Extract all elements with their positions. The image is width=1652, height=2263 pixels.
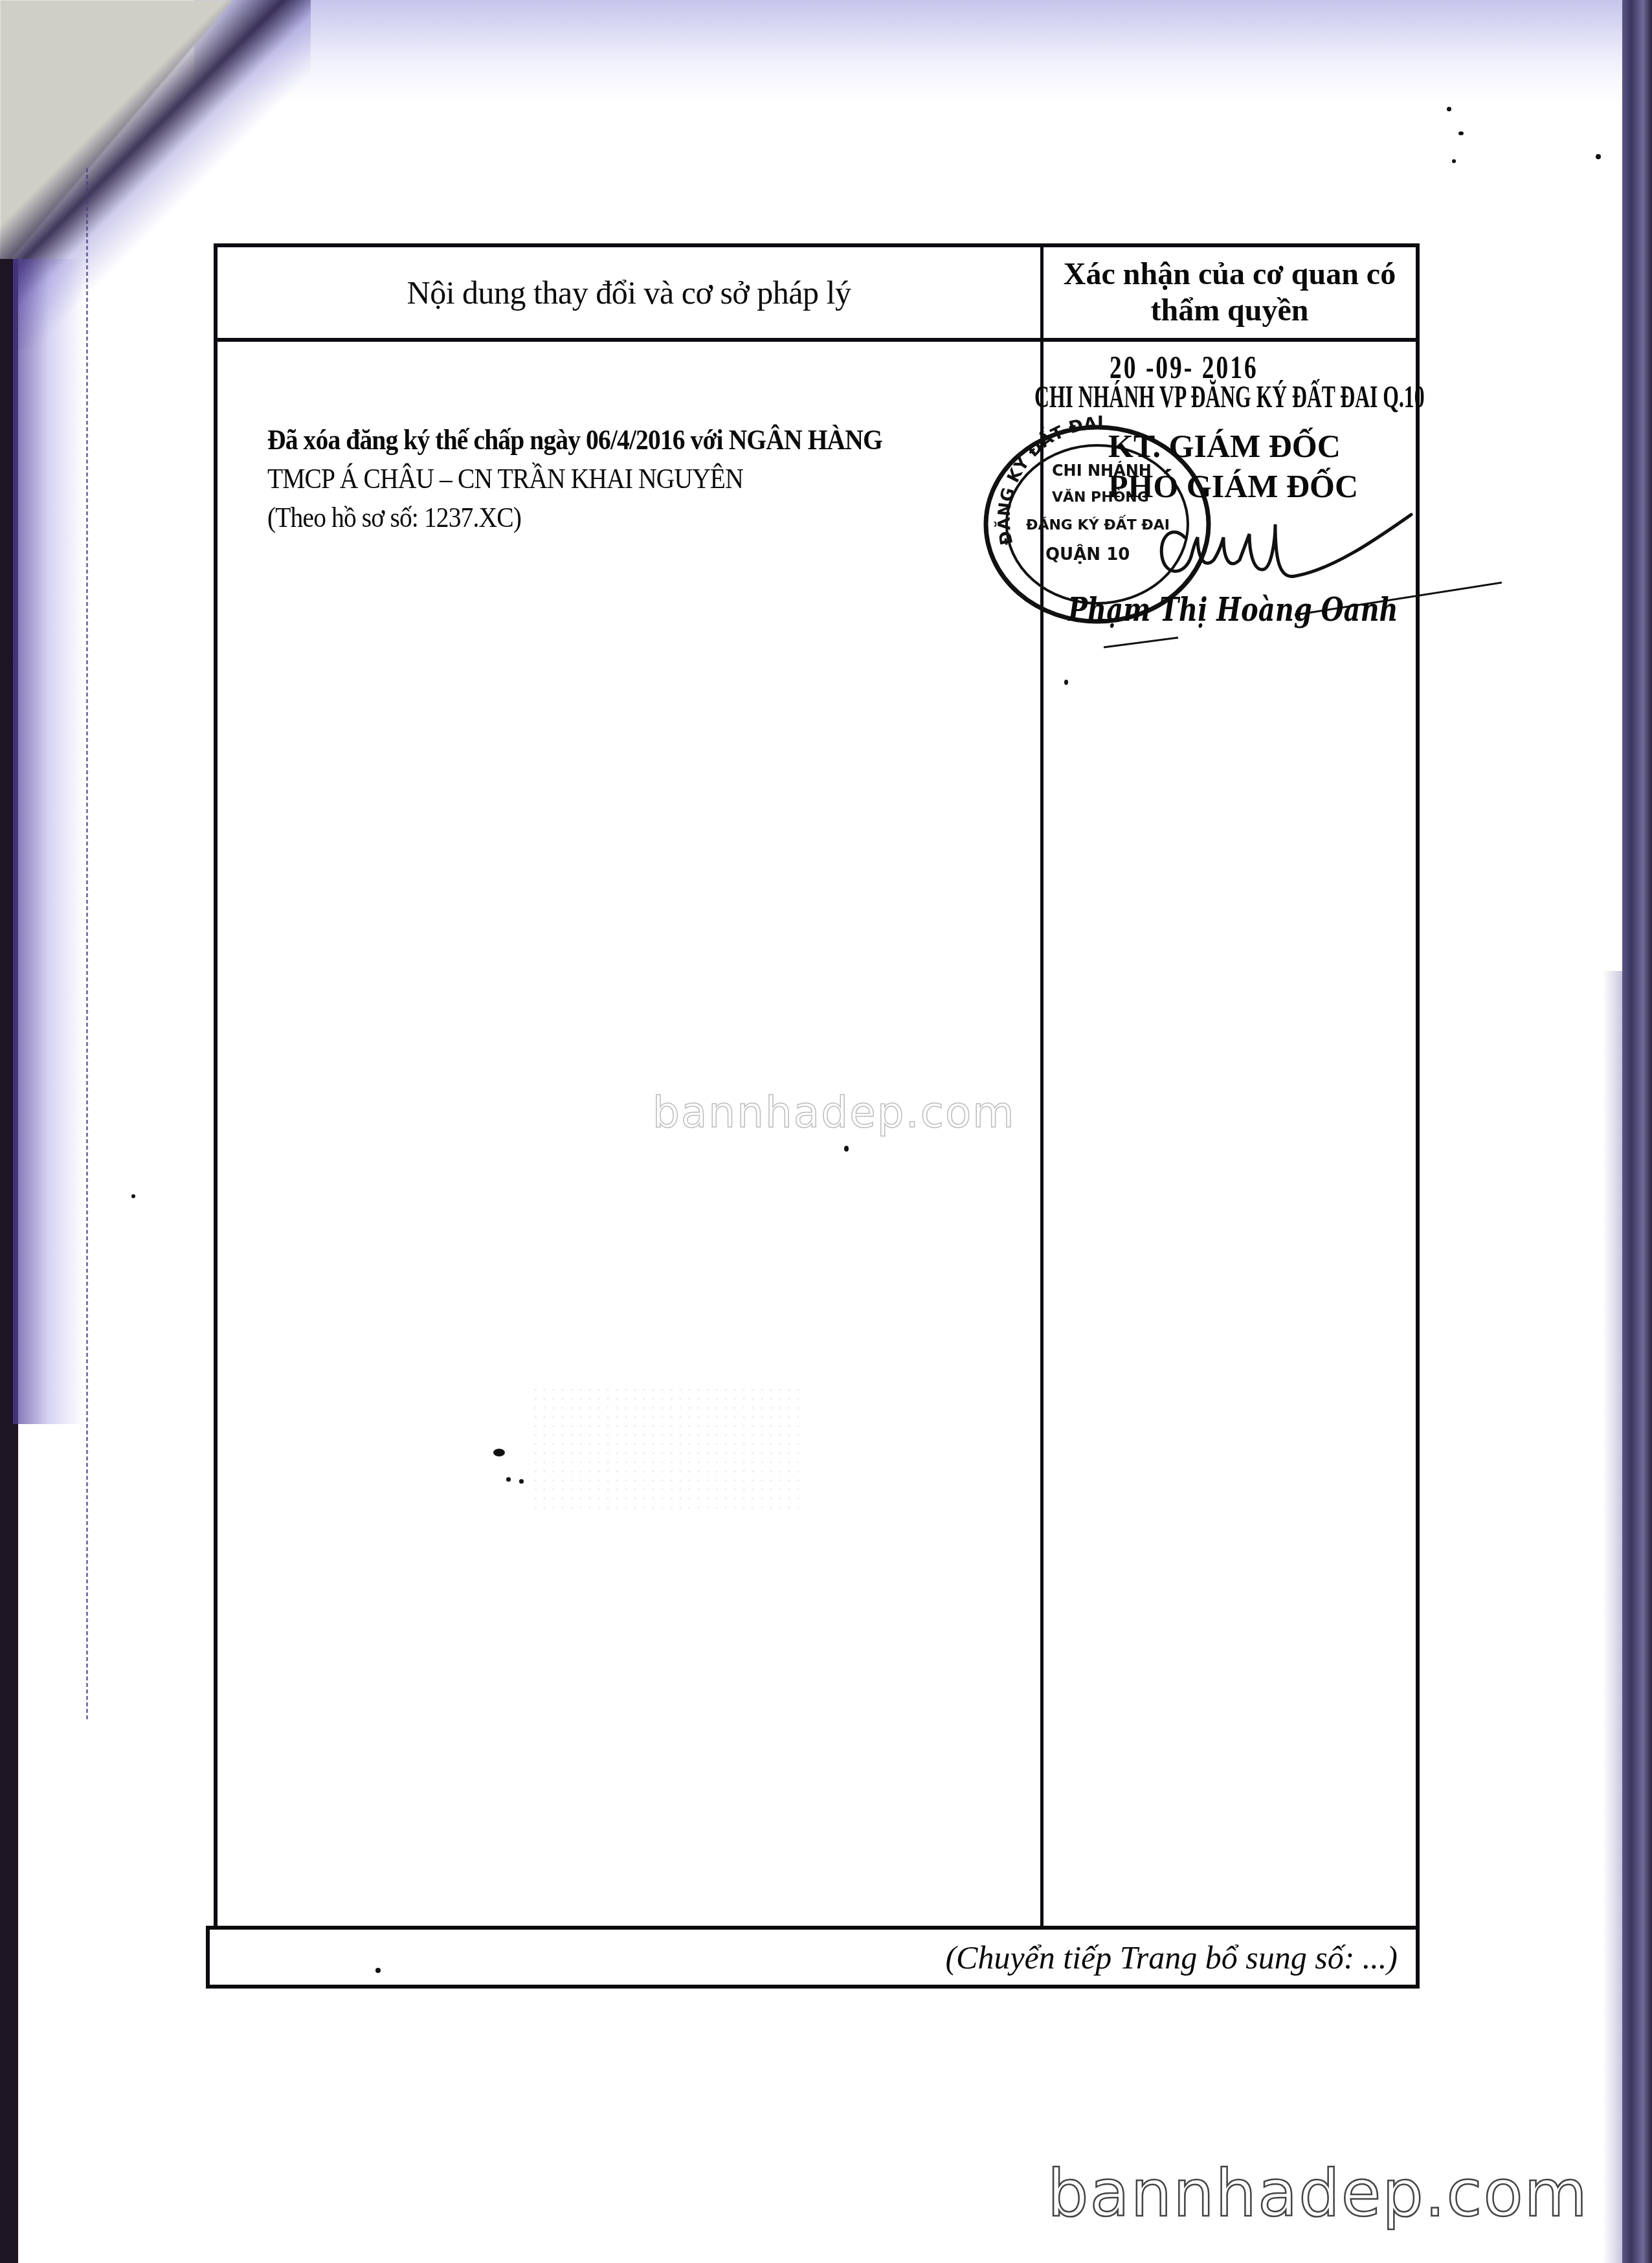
issuing-office: CHI NHÁNH VP ĐĂNG KÝ ĐẤT ĐAI Q.10 bbox=[1034, 379, 1425, 415]
column-header-confirmation: Xác nhận của cơ quan có thẩm quyền bbox=[1044, 247, 1416, 338]
column-header-changes: Nội dung thay đổi và cơ sở pháp lý bbox=[218, 247, 1040, 338]
ink-speck bbox=[1458, 131, 1464, 135]
column-header-confirmation-line2: thẩm quyền bbox=[1064, 293, 1396, 329]
ink-speck bbox=[493, 1449, 505, 1456]
watermark-bottom: bannhadep.com bbox=[1047, 2156, 1589, 2231]
signatory-title-1: KT. GIÁM ĐỐC bbox=[1108, 427, 1341, 465]
ink-speck bbox=[375, 1968, 381, 1973]
continuation-note-text: (Chuyển tiếp Trang bổ sung số: ...) bbox=[945, 1939, 1398, 1976]
scan-shadow-top bbox=[194, 0, 1652, 104]
handwritten-signature-icon bbox=[1100, 498, 1502, 654]
table-header-divider bbox=[216, 338, 1420, 342]
change-entry-line1: Đã xóa đăng ký thế chấp ngày 06/4/2016 v… bbox=[267, 421, 966, 460]
ink-speck bbox=[131, 1194, 135, 1198]
ink-speck bbox=[506, 1477, 511, 1482]
scan-shadow-left bbox=[13, 259, 84, 1424]
change-entry-case-number: (Theo hồ sơ số: 1237.XC) bbox=[267, 498, 966, 537]
watermark-center: bannhadep.com bbox=[653, 1087, 1016, 1137]
scan-shadow-right bbox=[1603, 971, 1622, 2263]
column-header-changes-text: Nội dung thay đổi và cơ sở pháp lý bbox=[407, 274, 851, 311]
scan-edge-right bbox=[1622, 0, 1652, 2263]
column-header-confirmation-line1: Xác nhận của cơ quan có bbox=[1064, 256, 1396, 293]
ink-speck bbox=[1447, 107, 1451, 111]
ink-speck bbox=[1452, 159, 1456, 163]
bleed-through-marks bbox=[531, 1385, 803, 1515]
change-entry-line2: TMCP Á CHÂU – CN TRẦN KHAI NGUYÊN bbox=[267, 460, 966, 498]
signer-name: Phạm Thị Hoàng Oanh bbox=[1068, 590, 1398, 629]
change-entry: Đã xóa đăng ký thế chấp ngày 06/4/2016 v… bbox=[267, 421, 966, 537]
table-border-left bbox=[214, 243, 218, 1928]
ink-speck bbox=[1596, 154, 1601, 159]
ink-speck bbox=[519, 1479, 524, 1484]
ink-speck bbox=[844, 1146, 849, 1152]
continuation-note: (Chuyển tiếp Trang bổ sung số: ...) bbox=[210, 1930, 1416, 1985]
ink-speck bbox=[1064, 680, 1068, 685]
scan-streak-left bbox=[86, 168, 88, 1722]
table-footer-bottom bbox=[207, 1985, 1420, 1989]
